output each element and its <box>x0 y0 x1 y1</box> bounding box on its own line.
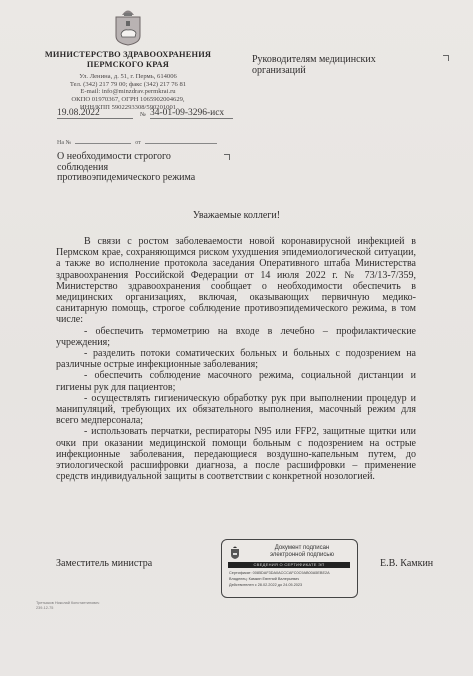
letter-body: В связи с ростом заболеваемости новой ко… <box>56 236 416 482</box>
body-item: - обеспечить соблюдение масочного режима… <box>56 370 416 392</box>
reference-from-label: от <box>135 140 141 146</box>
addressee-line2: организаций <box>252 66 412 77</box>
ministry-name-line1: МИНИСТЕРСТВО ЗДРАВООХРАНЕНИЯ <box>40 50 216 60</box>
body-intro: В связи с ростом заболеваемости новой ко… <box>56 236 416 326</box>
ministry-okpo: ОКПО 01970367, ОГРН 1065902004629, <box>40 96 216 104</box>
reference-line: На №от <box>57 140 217 146</box>
registration-number-label: № <box>140 112 146 118</box>
ministry-email: E-mail: info@minzdrav.permkrai.ru <box>40 88 216 96</box>
stamp-certificate-id: Сертификат: 0085DAF3DA0ACCCAFC0C9AB00A5E… <box>229 571 330 576</box>
body-item: - использовать перчатки, респираторы N95… <box>56 426 416 482</box>
registration-date: 19.08.2022 <box>57 108 133 119</box>
coat-of-arms-icon <box>230 545 240 559</box>
stamp-certificate-header: СВЕДЕНИЯ О СЕРТИФИКАТЕ ЭП <box>228 562 350 568</box>
reference-number-blank <box>75 143 131 144</box>
ministry-phone: Тел. (342) 217 79 00; факс (342) 217 76 … <box>40 81 216 89</box>
body-item: - обеспечить термометрию на входе в лече… <box>56 326 416 348</box>
stamp-title-line1: Документ подписан <box>252 545 352 552</box>
greeting: Уважаемые коллеги! <box>0 210 473 221</box>
electronic-signature-stamp: Документ подписан электронной подписью С… <box>221 539 358 598</box>
addressee-line1: Руководителям медицинских <box>252 55 412 66</box>
stamp-title-line2: электронной подписью <box>252 552 352 559</box>
addressee-block: Руководителям медицинских организаций <box>252 55 412 76</box>
ministry-letterhead: МИНИСТЕРСТВО ЗДРАВООХРАНЕНИЯ ПЕРМСКОГО К… <box>40 50 216 112</box>
addressee-corner-right <box>443 55 449 61</box>
body-item: - разделить потоки соматических больных … <box>56 348 416 370</box>
letter-page: МИНИСТЕРСТВО ЗДРАВООХРАНЕНИЯ ПЕРМСКОГО К… <box>0 0 473 676</box>
executor-phone: 239-12-75 <box>36 606 99 611</box>
reference-number-label: На № <box>57 140 71 146</box>
ministry-name-line2: ПЕРМСКОГО КРАЯ <box>40 60 216 70</box>
registration-number: 34-01-09-3296-исх <box>150 108 233 119</box>
stamp-owner: Владелец: Камкин Евгений Валерьевич <box>229 577 299 582</box>
ministry-address: Ул. Ленина, д. 51, г. Пермь, 614006 <box>40 73 216 81</box>
perm-krai-coat-of-arms-icon <box>113 6 143 46</box>
signatory-name: Е.В. Камкин <box>380 558 433 569</box>
body-item: - осуществлять гигиеническую обработку р… <box>56 393 416 427</box>
subject-line1: О необходимости строгого <box>57 152 227 163</box>
executor-footer: Третьяков Николай Константинович 239-12-… <box>36 601 99 611</box>
reference-date-blank <box>145 143 217 144</box>
signatory-role: Заместитель министра <box>56 558 152 569</box>
letter-subject: О необходимости строгого соблюдения прот… <box>57 152 227 184</box>
subject-corner-mark <box>224 154 230 160</box>
stamp-validity: Действителен с 28.02.2022 до 24.05.2023 <box>229 583 302 588</box>
subject-line3: противоэпидемического режима <box>57 173 227 184</box>
